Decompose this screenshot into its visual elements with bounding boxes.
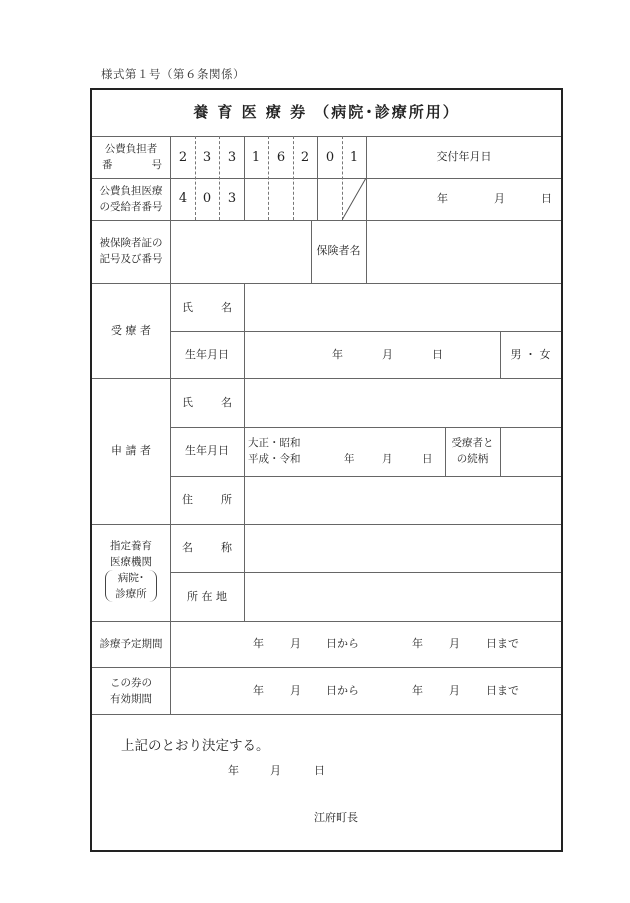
patient-dob-label: 生年月日 (170, 347, 244, 363)
payer-digit[interactable]: 2 (293, 150, 317, 165)
decision-statement: 上記のとおり決定する。 (121, 738, 270, 754)
recipient-digit[interactable]: 0 (195, 191, 219, 206)
payer-digit[interactable]: 3 (195, 150, 219, 165)
patient-section-label: 受 療 者 (92, 323, 170, 339)
divider (244, 283, 245, 621)
payer-digit[interactable]: 1 (244, 150, 268, 165)
payer-digit[interactable]: 3 (220, 150, 244, 165)
patient-dob-year: 年 (332, 347, 343, 363)
valid-to-month: 月 (449, 683, 460, 699)
decision-date-month: 月 (270, 763, 281, 779)
planned-to-day: 日まで (486, 636, 519, 652)
divider (219, 136, 220, 220)
valid-to-year: 年 (412, 683, 423, 699)
divider (317, 136, 318, 220)
divider (92, 714, 561, 715)
divider (170, 331, 561, 332)
recipient-number-label: 公費負担医療 の受給者番号 (92, 183, 170, 215)
divider (244, 136, 245, 220)
divider (92, 283, 561, 284)
issue-date-year: 年 (437, 191, 448, 207)
valid-from-month: 月 (290, 683, 301, 699)
applicant-section-label: 申 請 者 (92, 443, 170, 459)
recipient-digit[interactable]: 4 (171, 191, 195, 206)
divider (293, 136, 294, 220)
institution-label: 指定養育 医療機関 病院･ 診療所 (92, 538, 170, 602)
divider (92, 220, 561, 221)
applicant-era-options[interactable]: 大正・昭和 平成・令和 (248, 435, 301, 467)
institution-name-label: 名 称 (182, 540, 232, 556)
planned-to-year: 年 (412, 636, 423, 652)
patient-dob-day: 日 (432, 347, 443, 363)
divider (92, 378, 561, 379)
medical-voucher-form: 養 育 医 療 券 （病院･診療所用） 公費負担者 番 号 2 3 3 1 6 … (90, 88, 563, 852)
applicant-name-label: 氏 名 (182, 395, 232, 411)
divider (268, 136, 269, 220)
recipient-digit[interactable]: 3 (220, 191, 244, 206)
patient-sex-select[interactable]: 男 ・ 女 (500, 347, 561, 363)
applicant-dob-year: 年 (344, 451, 355, 467)
divider (92, 136, 561, 137)
divider (92, 524, 561, 525)
planned-from-year: 年 (253, 636, 264, 652)
valid-from-day: 日から (326, 683, 359, 699)
decision-date-day: 日 (314, 763, 325, 779)
payer-digit[interactable]: 0 (318, 150, 342, 165)
valid-period-label: この券の 有効期間 (92, 675, 170, 707)
patient-name-label: 氏 名 (182, 300, 232, 316)
form-title: 養 育 医 療 券 （病院･診療所用） (92, 104, 561, 120)
divider (92, 667, 561, 668)
insurance-card-label: 被保険者証の 記号及び番号 (92, 235, 170, 267)
patient-dob-month: 月 (382, 347, 393, 363)
issuer-name: 江府町長 (314, 810, 358, 826)
divider (195, 136, 196, 220)
divider (92, 178, 561, 179)
planned-period-label: 診療予定期間 (92, 636, 170, 652)
divider (170, 572, 561, 573)
divider (170, 476, 561, 477)
applicant-dob-day: 日 (422, 451, 433, 467)
form-number: 様式第１号（第６条関係） (101, 66, 245, 82)
applicant-address-label: 住 所 (182, 492, 232, 508)
valid-to-day: 日まで (486, 683, 519, 699)
institution-location-label: 所 在 地 (170, 589, 244, 605)
relation-label: 受療者と の続柄 (445, 435, 500, 467)
payer-digit[interactable]: 2 (171, 150, 195, 165)
planned-from-day: 日から (326, 636, 359, 652)
insurer-name-label: 保険者名 (311, 243, 366, 259)
slash-mark-icon (342, 178, 367, 220)
planned-from-month: 月 (290, 636, 301, 652)
applicant-dob-month: 月 (382, 451, 393, 467)
decision-date-year: 年 (228, 763, 239, 779)
divider (170, 427, 561, 428)
planned-to-month: 月 (449, 636, 460, 652)
issue-date-label: 交付年月日 (367, 149, 561, 165)
divider (500, 427, 501, 476)
issue-date-month: 月 (494, 191, 505, 207)
issue-date-day: 日 (541, 191, 552, 207)
divider (92, 621, 561, 622)
payer-digit[interactable]: 6 (269, 150, 293, 165)
applicant-dob-label: 生年月日 (170, 443, 244, 459)
divider (170, 136, 171, 714)
public-payer-label: 公費負担者 番 号 (92, 141, 170, 173)
valid-from-year: 年 (253, 683, 264, 699)
divider (366, 220, 367, 283)
payer-digit[interactable]: 1 (342, 150, 366, 165)
